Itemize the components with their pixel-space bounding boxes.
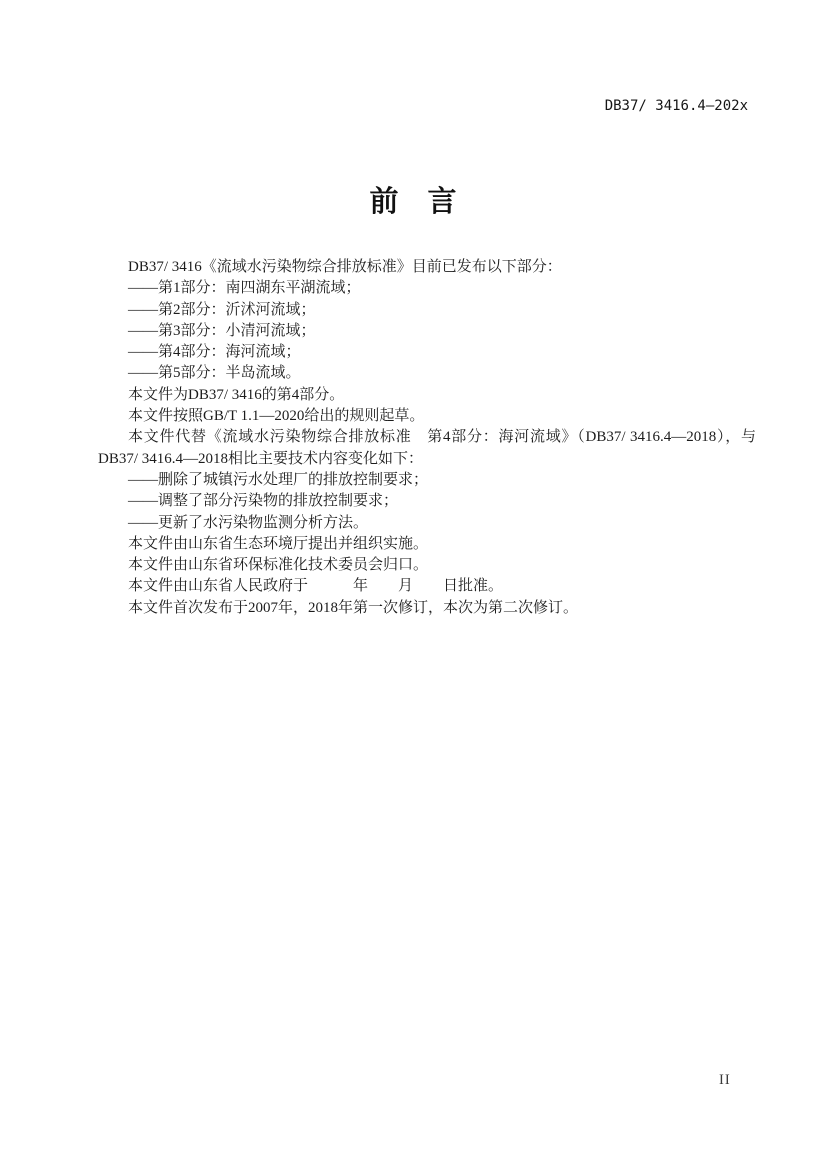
foreword-paragraph: ——第4部分：海河流域； <box>98 342 756 363</box>
foreword-paragraph: 本文件代替《流域水污染物综合排放标准 第4部分：海河流域》（DB37/ 3416… <box>98 427 756 470</box>
foreword-paragraph: 本文件由山东省环保标准化技术委员会归口。 <box>98 555 756 576</box>
foreword-paragraph: 本文件由山东省生态环境厅提出并组织实施。 <box>98 534 756 555</box>
foreword-paragraph: ——调整了部分污染物的排放控制要求； <box>98 491 756 512</box>
document-page: DB37/ 3416.4—202x 前 言 DB37/ 3416《流域水污染物综… <box>0 0 826 1169</box>
foreword-paragraph: DB37/ 3416《流域水污染物综合排放标准》目前已发布以下部分： <box>98 257 756 278</box>
page-number: II <box>719 1072 731 1089</box>
foreword-paragraph: ——删除了城镇污水处理厂的排放控制要求； <box>98 470 756 491</box>
foreword-body: DB37/ 3416《流域水污染物综合排放标准》目前已发布以下部分： ——第1部… <box>98 257 756 619</box>
document-code: DB37/ 3416.4—202x <box>605 98 748 114</box>
foreword-paragraph: ——第1部分：南四湖东平湖流域； <box>98 278 756 299</box>
foreword-paragraph: 本文件为DB37/ 3416的第4部分。 <box>98 385 756 406</box>
foreword-paragraph: 本文件按照GB/T 1.1—2020给出的规则起草。 <box>98 406 756 427</box>
foreword-paragraph: 本文件由山东省人民政府于 年 月 日批准。 <box>98 576 756 597</box>
foreword-paragraph: 本文件首次发布于2007年，2018年第一次修订，本次为第二次修订。 <box>98 598 756 619</box>
foreword-paragraph: ——第3部分：小清河流域； <box>98 321 756 342</box>
document-title: 前 言 <box>0 179 826 220</box>
foreword-paragraph: ——第2部分：沂沭河流域； <box>98 300 756 321</box>
foreword-paragraph: ——第5部分：半岛流域。 <box>98 363 756 384</box>
foreword-paragraph: ——更新了水污染物监测分析方法。 <box>98 513 756 534</box>
